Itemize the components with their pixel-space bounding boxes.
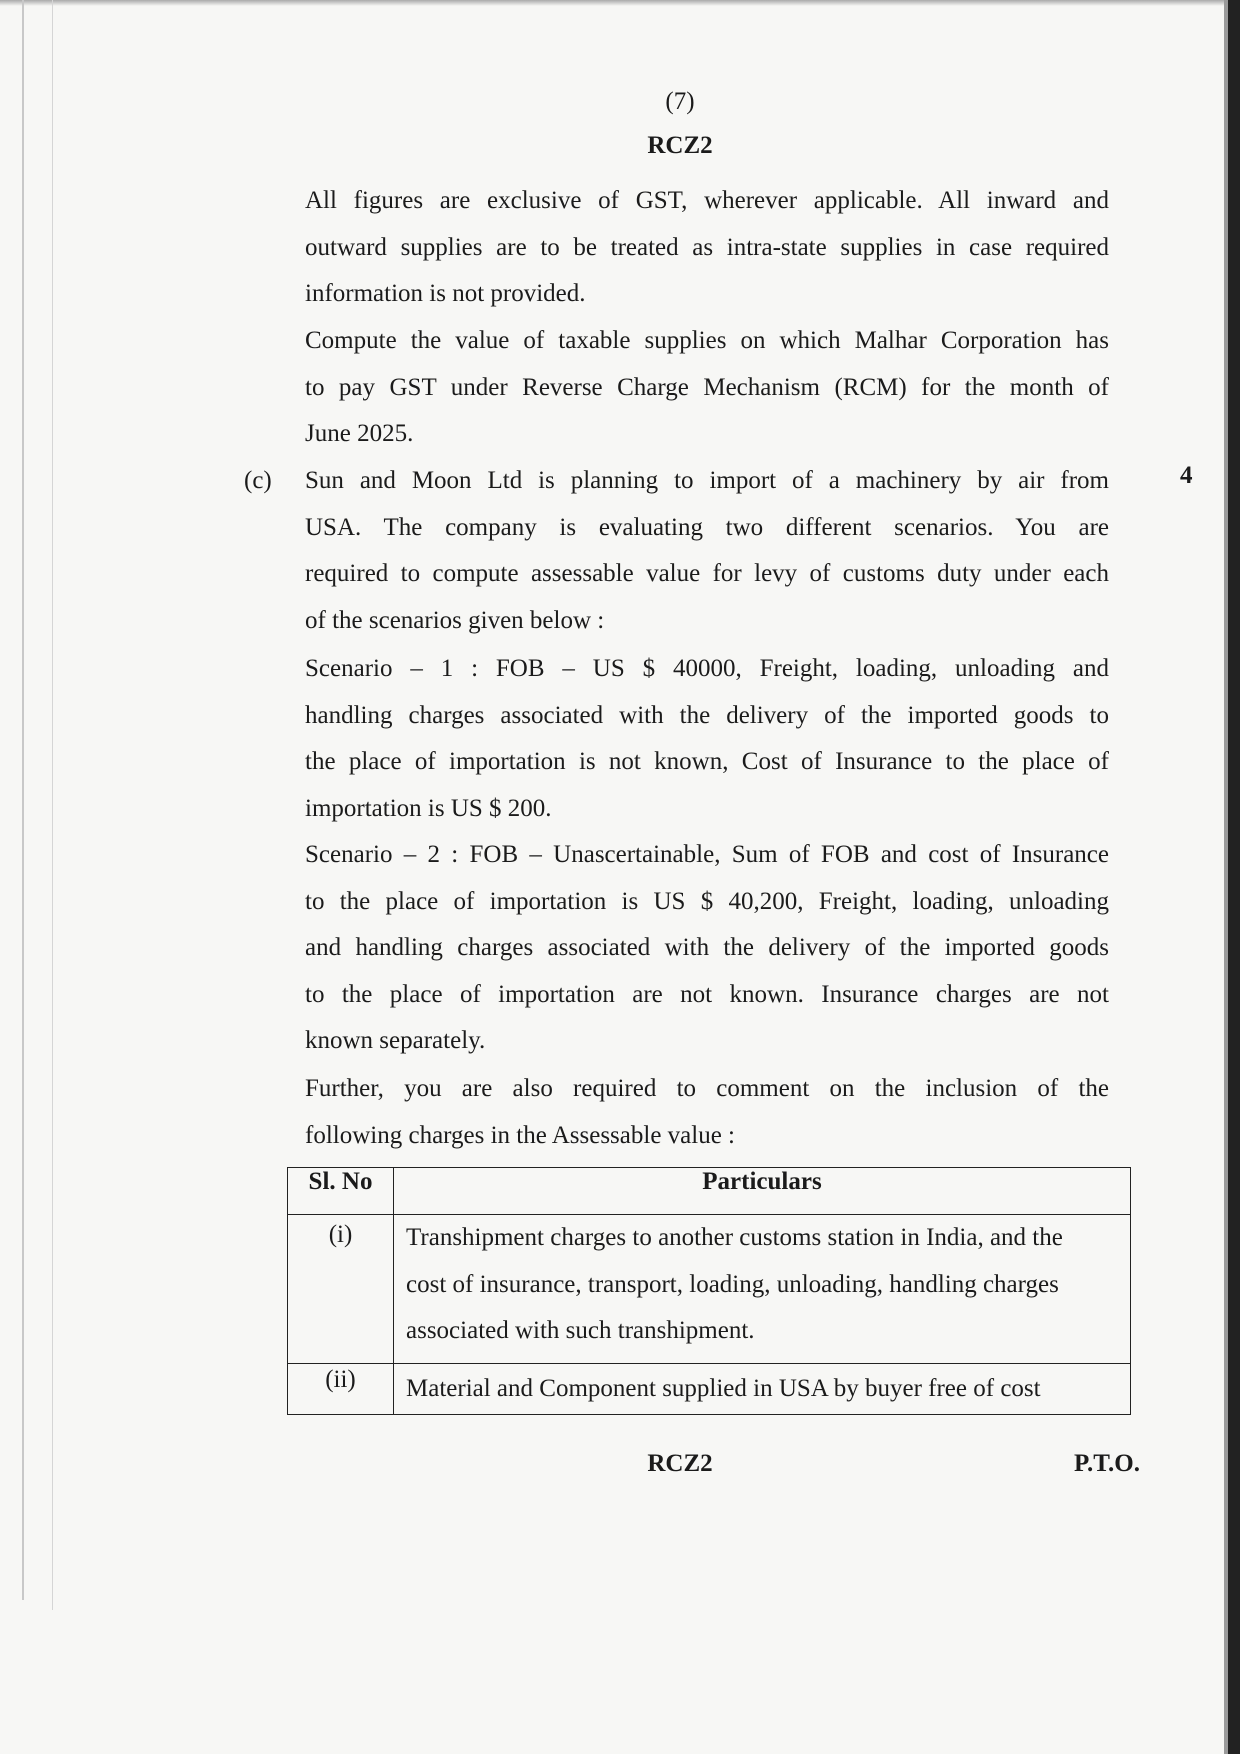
text-line: All figures are exclusive of GST, wherev… (305, 178, 1109, 225)
scenario-1: Scenario – 1 : FOB – US $ 40000, Freight… (305, 646, 1109, 832)
text-line: handling charges associated with the del… (305, 693, 1109, 740)
text-line: Compute the value of taxable supplies on… (305, 318, 1109, 365)
text-line: outward supplies are to be treated as in… (305, 225, 1109, 272)
text-line: Scenario – 2 : FOB – Unascertainable, Su… (305, 832, 1109, 879)
paper-code-header: RCZ2 (0, 132, 1240, 160)
scenario-2: Scenario – 2 : FOB – Unascertainable, Su… (305, 832, 1109, 1065)
row-sl-no: (i) (288, 1215, 394, 1364)
paper-code-footer: RCZ2 (0, 1450, 1240, 1478)
text-line: to the place of importation are not know… (305, 972, 1109, 1019)
page-number: (7) (0, 88, 1240, 116)
text-line: following charges in the Assessable valu… (305, 1113, 1109, 1160)
binding-margin-line-inner (52, 0, 53, 1610)
text-line: Scenario – 1 : FOB – US $ 40000, Freight… (305, 646, 1109, 693)
scan-edge (1228, 0, 1240, 1754)
further-instruction: Further, you are also required to commen… (305, 1066, 1109, 1159)
row-particulars: Material and Component supplied in USA b… (394, 1363, 1131, 1415)
text-line: to pay GST under Reverse Charge Mechanis… (305, 365, 1109, 412)
text-line: Sun and Moon Ltd is planning to import o… (305, 458, 1109, 505)
column-header-sl-no: Sl. No (288, 1168, 394, 1215)
question-label: (c) (244, 458, 272, 505)
text-line: to the place of importation is US $ 40,2… (305, 879, 1109, 926)
instruction-paragraph: Compute the value of taxable supplies on… (305, 318, 1109, 458)
text-line: information is not provided. (305, 271, 1109, 318)
charges-table: Sl. No Particulars (i) Transhipment char… (287, 1167, 1131, 1415)
row-particulars: Transhipment charges to another customs … (394, 1215, 1131, 1364)
table-row: (i) Transhipment charges to another cust… (288, 1215, 1131, 1364)
page-top-edge (0, 0, 1240, 6)
text-line: USA. The company is evaluating two diffe… (305, 505, 1109, 552)
text-line: Further, you are also required to commen… (305, 1066, 1109, 1113)
text-line: required to compute assessable value for… (305, 551, 1109, 598)
text-line: known separately. (305, 1018, 1109, 1065)
text-line: associated with such transhipment. (406, 1308, 1122, 1355)
row-sl-no: (ii) (288, 1363, 394, 1415)
text-line: June 2025. (305, 411, 1109, 458)
text-line: the place of importation is not known, C… (305, 739, 1109, 786)
please-turn-over: P.T.O. (1074, 1450, 1140, 1478)
question-marks: 4 (1180, 462, 1193, 490)
intro-paragraph: All figures are exclusive of GST, wherev… (305, 178, 1109, 318)
text-line: importation is US $ 200. (305, 786, 1109, 833)
question-intro: Sun and Moon Ltd is planning to import o… (305, 458, 1109, 644)
text-line: cost of insurance, transport, loading, u… (406, 1262, 1122, 1309)
text-line: Transhipment charges to another customs … (406, 1215, 1122, 1262)
column-header-particulars: Particulars (394, 1168, 1131, 1215)
text-line: and handling charges associated with the… (305, 925, 1109, 972)
table-header-row: Sl. No Particulars (288, 1168, 1131, 1215)
binding-margin-line (22, 0, 24, 1600)
text-line: of the scenarios given below : (305, 598, 1109, 645)
text-line: Material and Component supplied in USA b… (406, 1366, 1122, 1413)
table-row: (ii) Material and Component supplied in … (288, 1363, 1131, 1415)
